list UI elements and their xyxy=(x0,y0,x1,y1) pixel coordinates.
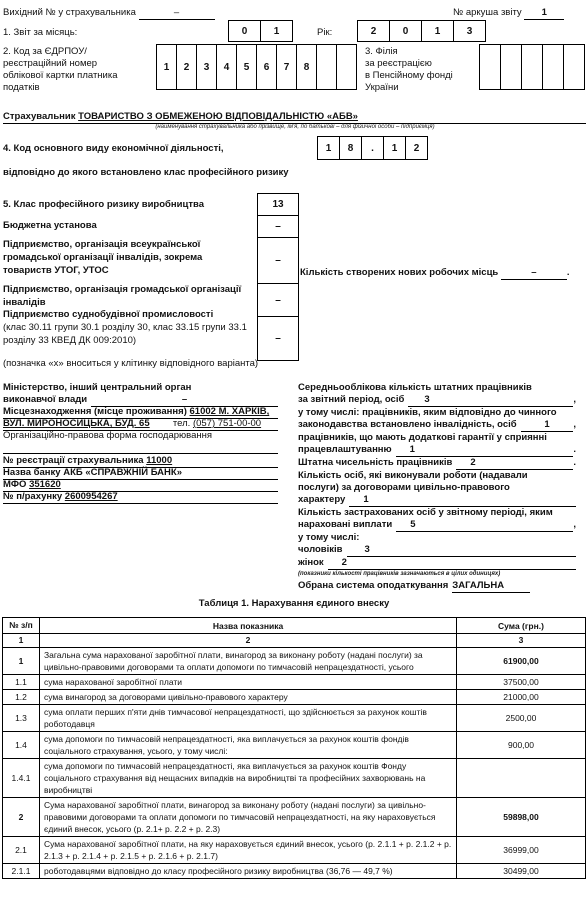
branch-boxes xyxy=(479,44,585,90)
women-value[interactable]: 2 xyxy=(328,557,576,570)
risk-option-cell[interactable]: – xyxy=(258,216,298,238)
year-digit-cell[interactable]: 3 xyxy=(454,21,485,41)
activity-code-cell[interactable]: 1 xyxy=(384,137,406,159)
row-sum[interactable]: 21000,00 xyxy=(457,690,586,705)
row-number: 1.1 xyxy=(3,675,40,690)
row-name: сума винагород за договорами цивільно-пр… xyxy=(40,690,457,705)
phone-value[interactable]: (057) 751-00-00 xyxy=(193,418,261,429)
row-sum[interactable]: 2500,00 xyxy=(457,705,586,732)
edrpou-label-line: податків xyxy=(3,82,118,94)
row-name: Загальна сума нарахованої заробітної пла… xyxy=(40,648,457,675)
account-field: № п/рахунку 2600954267 xyxy=(3,491,278,504)
risk-option-label: 5. Клас професійного ризику виробництва xyxy=(3,198,253,211)
row-number: 2.1 xyxy=(3,837,40,864)
row-number: 1.4.1 xyxy=(3,759,40,798)
edrpou-label-line: реєстраційний номер xyxy=(3,58,118,70)
branch-digit-cell[interactable] xyxy=(480,45,501,89)
risk-option-cell[interactable]: – xyxy=(258,238,298,284)
avg-value[interactable]: 3 xyxy=(408,394,573,407)
civil-label-1: Кількість осіб, які виконували роботи (н… xyxy=(298,470,576,482)
col-number-1: 1 xyxy=(3,634,40,648)
civil-label-3: характеру xyxy=(298,494,345,507)
branch-digit-cell[interactable] xyxy=(543,45,564,89)
guarantee-value[interactable]: 1 xyxy=(396,444,574,457)
branch-label-line: 3. Філія xyxy=(365,46,453,58)
row-name: сума допомоги по тимчасовій непрацездатн… xyxy=(40,759,457,798)
branch-digit-cell[interactable] xyxy=(564,45,584,89)
new-jobs-label: Кількість створених нових робочих місць xyxy=(300,267,498,278)
table-title: Таблиця 1. Нарахування єдиного внеску xyxy=(0,598,588,609)
year-digit-cell[interactable]: 1 xyxy=(422,21,454,41)
row-number: 1.3 xyxy=(3,705,40,732)
women-label: жінок xyxy=(298,557,324,570)
branch-label-line: за реєстрацією xyxy=(365,58,453,70)
branch-label-line: в Пенсійному фонді xyxy=(365,70,453,82)
location-value-2[interactable]: ВУЛ. МИРОНОСИЦЬКА, БУД. 65 xyxy=(3,418,150,429)
risk-option-label: Підприємство суднобудівної промисловості… xyxy=(3,308,253,347)
insurer-hint: (найменування страхувальника або прізвищ… xyxy=(130,124,460,130)
edrpou-label-line: облікової картки платника xyxy=(3,70,118,82)
staff-label: Штатна чисельність працівників xyxy=(298,457,452,470)
row-number: 1.2 xyxy=(3,690,40,705)
edrpou-boxes: 12345678 xyxy=(156,44,357,90)
year-digit-cell[interactable]: 0 xyxy=(390,21,422,41)
edrpou-label-line: 2. Код за ЄДРПОУ/ xyxy=(3,46,118,58)
row-number: 1 xyxy=(3,648,40,675)
activity-code-label-2: відповідно до якого встановлено клас про… xyxy=(3,167,289,178)
activity-code-cell[interactable]: 8 xyxy=(340,137,362,159)
disabled-label-1: у тому числі: працівників, яким відповід… xyxy=(298,407,576,419)
branch-digit-cell[interactable] xyxy=(501,45,522,89)
bank-label: Назва банку xyxy=(3,467,61,478)
org-form-value[interactable] xyxy=(3,442,278,454)
contribution-table: № з/п Назва показника Сума (грн.) 1 2 3 … xyxy=(2,617,586,879)
edrpou-label: 2. Код за ЄДРПОУ/реєстраційний номероблі… xyxy=(3,46,118,94)
edrpou-digit-cell[interactable]: 1 xyxy=(157,45,177,89)
edrpou-digit-cell[interactable]: 3 xyxy=(197,45,217,89)
year-label: Рік: xyxy=(317,27,332,38)
incl-label: у тому числі: xyxy=(298,532,576,544)
insured-label-1: Кількість застрахованих осіб у звітному … xyxy=(298,507,576,519)
col-number-3: 3 xyxy=(457,634,586,648)
location-value-1[interactable]: 61002 М. ХАРКІВ, xyxy=(190,406,270,417)
outgoing-number-field: Вихідний № у страхувальника – xyxy=(3,6,215,20)
new-jobs-field: Кількість створених нових робочих місць … xyxy=(300,266,570,280)
risk-option-cell[interactable]: – xyxy=(258,284,298,317)
edrpou-digit-cell[interactable] xyxy=(317,45,337,89)
row-sum[interactable]: 37500,00 xyxy=(457,675,586,690)
disabled-label-2: законодавства встановлено інвалідність, … xyxy=(298,419,517,432)
risk-option-cell[interactable]: 13 xyxy=(258,194,298,216)
edrpou-digit-cell[interactable]: 5 xyxy=(237,45,257,89)
staff-value[interactable]: 2 xyxy=(456,457,573,470)
insurer-label: Страхувальник xyxy=(3,111,76,122)
branch-digit-cell[interactable] xyxy=(522,45,543,89)
header-name: Назва показника xyxy=(40,618,457,634)
bank-value[interactable]: АКБ «СПРАВЖНІЙ БАНК» xyxy=(63,467,182,478)
risk-option-label: Підприємство, організація громадської ор… xyxy=(3,283,253,309)
edrpou-digit-cell[interactable] xyxy=(337,45,356,89)
table-row: 2.1.1роботодавцями відповідно до класу п… xyxy=(3,864,586,879)
table-row: 1.2сума винагород за договорами цивільно… xyxy=(3,690,586,705)
report-month-boxes: 01 xyxy=(228,20,293,42)
sheet-number-field: № аркуша звіту 1 xyxy=(453,6,564,20)
outgoing-number-label: Вихідний № у страхувальника xyxy=(3,7,136,18)
tax-label: Обрана система оподаткування xyxy=(298,580,448,593)
table-row: 1.4сума допомоги по тимчасовій непрацезд… xyxy=(3,732,586,759)
activity-code-boxes: 18.12 xyxy=(317,136,428,160)
table-row: 2Сума нарахованої заробітної плати, вина… xyxy=(3,798,586,837)
location-label: Місцезнаходження (місце проживання) xyxy=(3,406,187,417)
activity-code-cell[interactable]: 1 xyxy=(318,137,340,159)
activity-code-cell[interactable]: . xyxy=(362,137,384,159)
account-label: № п/рахунку xyxy=(3,491,62,502)
insured-label-2: нараховані виплати xyxy=(298,519,392,532)
account-value[interactable]: 2600954267 xyxy=(65,491,118,502)
insured-value[interactable]: 5 xyxy=(396,519,573,532)
registration-value[interactable]: 11000 xyxy=(146,455,172,466)
row-sum[interactable]: 30499,00 xyxy=(457,864,586,879)
sheet-number-value[interactable]: 1 xyxy=(524,6,564,20)
row-name: сума нарахованої заробітної плати xyxy=(40,675,457,690)
risk-note: (позначка «х» вноситься у клітинку відпо… xyxy=(3,358,258,369)
avg-label-2: за звітний період, осіб xyxy=(298,394,404,407)
activity-code-label: 4. Код основного виду економічної діяльн… xyxy=(3,143,224,154)
phone-label: тел. xyxy=(173,418,190,429)
mfo-label: МФО xyxy=(3,479,26,490)
row-name: сума оплати перших п'яти днів тимчасової… xyxy=(40,705,457,732)
row-sum[interactable]: 36999,00 xyxy=(457,837,586,864)
right-info: Середньооблікова кількість штатних праці… xyxy=(298,382,576,593)
registration-label: № реєстрації страхувальника xyxy=(3,455,144,466)
table-row: 1.1сума нарахованої заробітної плати3750… xyxy=(3,675,586,690)
ministry-field: Міністерство, інший центральний орган ви… xyxy=(3,382,278,407)
men-label: чоловіків xyxy=(298,544,343,557)
edrpou-digit-cell[interactable]: 6 xyxy=(257,45,277,89)
guarantee-label-1: працівників, що мають додаткові гарантії… xyxy=(298,432,576,444)
org-form-label: Організаційно-правова форма господарюван… xyxy=(3,430,278,442)
report-month-label: 1. Звіт за місяць: xyxy=(3,27,77,38)
insurer-field: Страхувальник ТОВАРИСТВО З ОБМЕЖЕНОЮ ВІД… xyxy=(3,111,586,124)
tax-value[interactable]: ЗАГАЛЬНА xyxy=(452,580,530,593)
row-name: роботодавцями відповідно до класу профес… xyxy=(40,864,457,879)
table-row: 2.1Сума нарахованої заробітної плати, на… xyxy=(3,837,586,864)
row-sum[interactable]: 59898,00 xyxy=(457,798,586,837)
year-digit-cell[interactable]: 2 xyxy=(358,21,390,41)
edrpou-digit-cell[interactable]: 2 xyxy=(177,45,197,89)
month-digit-cell[interactable]: 1 xyxy=(261,21,292,41)
edrpou-digit-cell[interactable]: 4 xyxy=(217,45,237,89)
avg-label-1: Середньооблікова кількість штатних праці… xyxy=(298,382,576,394)
insurer-name[interactable]: ТОВАРИСТВО З ОБМЕЖЕНОЮ ВІДПОВІДАЛЬНІСТЮ … xyxy=(78,111,358,122)
risk-option-label: Бюджетна установа xyxy=(3,219,253,232)
branch-label-line: України xyxy=(365,82,453,94)
risk-boxes: 13–––– xyxy=(257,193,299,361)
header-number: № з/п xyxy=(3,618,40,634)
civil-value[interactable]: 1 xyxy=(349,494,576,507)
branch-label: 3. Філіяза реєстрацієюв Пенсійному фонді… xyxy=(365,46,453,94)
row-sum[interactable]: 61900,00 xyxy=(457,648,586,675)
men-value[interactable]: 3 xyxy=(347,544,576,557)
row-sum[interactable] xyxy=(457,759,586,798)
mfo-value[interactable]: 351620 xyxy=(29,479,61,490)
table-row: 1.3сума оплати перших п'яти днів тимчасо… xyxy=(3,705,586,732)
table-row: 1Загальна сума нарахованої заробітної пл… xyxy=(3,648,586,675)
row-name: сума допомоги по тимчасовій непрацездатн… xyxy=(40,732,457,759)
header-sum: Сума (грн.) xyxy=(457,618,586,634)
ministry-label-1: Міністерство, інший центральний орган xyxy=(3,382,278,394)
row-number: 2 xyxy=(3,798,40,837)
risk-option-cell[interactable]: – xyxy=(258,317,298,360)
activity-code-cell[interactable]: 2 xyxy=(406,137,427,159)
count-hint: (показники кількості працівників зазнача… xyxy=(298,570,576,579)
guarantee-label-2: працевлаштуванню xyxy=(298,444,392,457)
month-digit-cell[interactable]: 0 xyxy=(229,21,261,41)
sheet-number-label: № аркуша звіту xyxy=(453,7,522,18)
disabled-value[interactable]: 1 xyxy=(521,419,574,432)
outgoing-number-value[interactable]: – xyxy=(139,6,215,20)
civil-label-2: послуги) за договорами цивільно-правовог… xyxy=(298,482,576,494)
risk-option-label: Підприємство, організація всеукраїнської… xyxy=(3,238,253,277)
table-row: 1.4.1сума допомоги по тимчасовій непраце… xyxy=(3,759,586,798)
row-name: Сума нарахованої заробітної плати, винаг… xyxy=(40,798,457,837)
row-number: 1.4 xyxy=(3,732,40,759)
report-year-boxes: 2013 xyxy=(357,20,486,42)
new-jobs-value[interactable]: – xyxy=(501,266,567,280)
row-sum[interactable]: 900,00 xyxy=(457,732,586,759)
row-number: 2.1.1 xyxy=(3,864,40,879)
row-name: Сума нарахованої заробітної плати, на як… xyxy=(40,837,457,864)
edrpou-digit-cell[interactable]: 8 xyxy=(297,45,317,89)
col-number-2: 2 xyxy=(40,634,457,648)
edrpou-digit-cell[interactable]: 7 xyxy=(277,45,297,89)
